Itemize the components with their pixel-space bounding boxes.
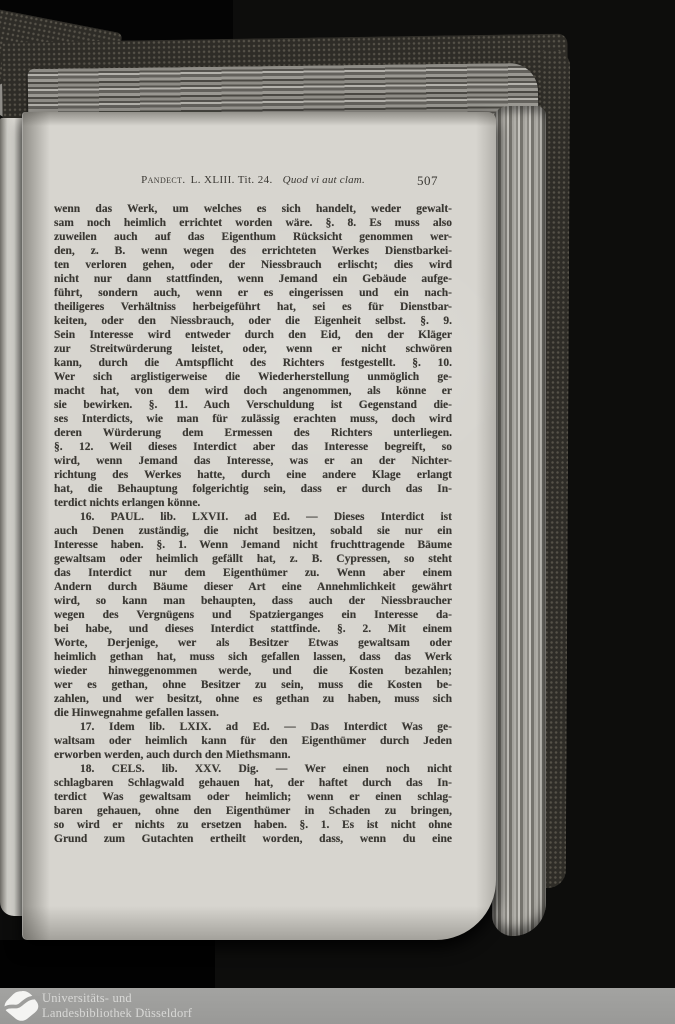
running-title-reference: L. XLIII. Tit. 24. xyxy=(191,174,273,186)
text-line: Interesse haben. §. 1. Wenn Jemand nicht… xyxy=(54,538,452,552)
running-title-section: Pandect. xyxy=(141,174,186,186)
text-line: heimlich gethan hat, muss sich gefallen … xyxy=(54,650,452,664)
body-text: wenn das Werk, um welches es sich handel… xyxy=(54,202,452,846)
running-header: Pandect. L. XLIII. Tit. 24. Quod vi aut … xyxy=(54,174,452,189)
text-line: terdict Was gewaltsam oder heimlich; wen… xyxy=(54,790,452,804)
text-line: hat, die Behauptung folgerichtig sein, d… xyxy=(54,482,452,496)
text-line: ten verloren gehen, oder der Niessbrauch… xyxy=(54,258,452,272)
text-line: wieder hinweggenommen werde, und die Kos… xyxy=(54,664,452,678)
text-line: Grund zum Gutachten ertheilt worden, das… xyxy=(54,832,452,846)
text-line: terdict nichts erlangen könne. xyxy=(54,496,452,510)
text-line: wird, wenn Jemand das Interesse, was er … xyxy=(54,454,452,468)
text-line: gewaltsam oder heimlich gefällt hat, z. … xyxy=(54,552,452,566)
library-name: Universitäts- und Landesbibliothek Düsse… xyxy=(42,991,192,1021)
text-line: 17. Idem lib. LXIX. ad Ed. — Das Interdi… xyxy=(54,720,452,734)
footer-banner: Universitäts- und Landesbibliothek Düsse… xyxy=(0,988,675,1024)
text-line: führt, sondern auch, wenn er es eingeris… xyxy=(54,286,452,300)
text-line: wegen des Vergnügens und Spatzierganges … xyxy=(54,608,452,622)
text-line: sie bewirken. §. 11. Auch Verschuldung i… xyxy=(54,398,452,412)
text-line: ses Interdicts, wie man für zulässig era… xyxy=(54,412,452,426)
library-name-line1: Universitäts- und xyxy=(42,991,192,1006)
text-line: Wer sich arglistigerweise die Wiederhers… xyxy=(54,370,452,384)
text-line: richtung des Werkes hatte, durch eine an… xyxy=(54,468,452,482)
text-line: deren Würderung dem Ermessen des Richter… xyxy=(54,426,452,440)
text-line: erworben werden, auch durch den Miethsma… xyxy=(54,748,452,762)
text-line: bei habe, und dieses Interdict stattfind… xyxy=(54,622,452,636)
text-line: das Interdict nur dem Eigenthümer zu. We… xyxy=(54,566,452,580)
photo-background: Pandect. L. XLIII. Tit. 24. Quod vi aut … xyxy=(0,0,675,1024)
book-page: Pandect. L. XLIII. Tit. 24. Quod vi aut … xyxy=(22,112,496,940)
text-line: wer es gethan, ohne Besitzer zu sein, mu… xyxy=(54,678,452,692)
text-line: die Hinwegnahme gefallen lassen. xyxy=(54,706,452,720)
text-line: 18. CELS. lib. XXV. Dig. — Wer einen noc… xyxy=(54,762,452,776)
text-line: theiligeres Verhältniss herbeigeführt ha… xyxy=(54,300,452,314)
text-line: zur Streitwürderung leistet, oder, wenn … xyxy=(54,342,452,356)
text-line: wenn das Werk, um welches es sich handel… xyxy=(54,202,452,216)
text-line: nicht nur dann stattfinden, wenn Jemand … xyxy=(54,272,452,286)
text-line: zahlen, und wer besitzt, ohne es gethan … xyxy=(54,692,452,706)
page-number: 507 xyxy=(417,173,438,189)
text-line: zuweilen auch auf das Eigenthum Rücksich… xyxy=(54,230,452,244)
running-title-latin: Quod vi aut clam. xyxy=(283,174,365,186)
text-line: so wird er nichts zu ersetzen haben. §. … xyxy=(54,818,452,832)
text-line: kann, durch die Amtspflicht des Richters… xyxy=(54,356,452,370)
page-content: Pandect. L. XLIII. Tit. 24. Quod vi aut … xyxy=(54,174,452,846)
text-line: sam noch heimlich errichtet worden wäre.… xyxy=(54,216,452,230)
text-line: schlagbaren Schlagwald gehauen hat, der … xyxy=(54,776,452,790)
text-line: keiten, oder den Niessbrauch, oder die E… xyxy=(54,314,452,328)
text-line: Worte, Derjenige, wer als Besitzer Etwas… xyxy=(54,636,452,650)
text-line: Sein Interesse wird entweder durch den E… xyxy=(54,328,452,342)
text-line: waltsam oder heimlich kann für den Eigen… xyxy=(54,734,452,748)
text-line: den, z. B. wenn wegen des errichteten We… xyxy=(54,244,452,258)
text-line: auch Denen zuständig, die nicht besitzen… xyxy=(54,524,452,538)
page-stack-fore-edge xyxy=(492,106,546,936)
library-name-line2: Landesbibliothek Düsseldorf xyxy=(42,1006,192,1021)
background-shadow xyxy=(0,940,215,990)
text-line: 16. PAUL. lib. LXVII. ad Ed. — Dieses In… xyxy=(54,510,452,524)
text-line: macht hat, von dem wird doch angenommen,… xyxy=(54,384,452,398)
text-line: wird, so kann man behaupten, dass auch d… xyxy=(54,594,452,608)
text-line: §. 12. Weil dieses Interdict aber das In… xyxy=(54,440,452,454)
library-logo-icon xyxy=(3,990,40,1022)
text-line: Andern durch Bäume dieser Art eine Anneh… xyxy=(54,580,452,594)
text-line: baren gehauen, ohne den Eigenthümer in S… xyxy=(54,804,452,818)
